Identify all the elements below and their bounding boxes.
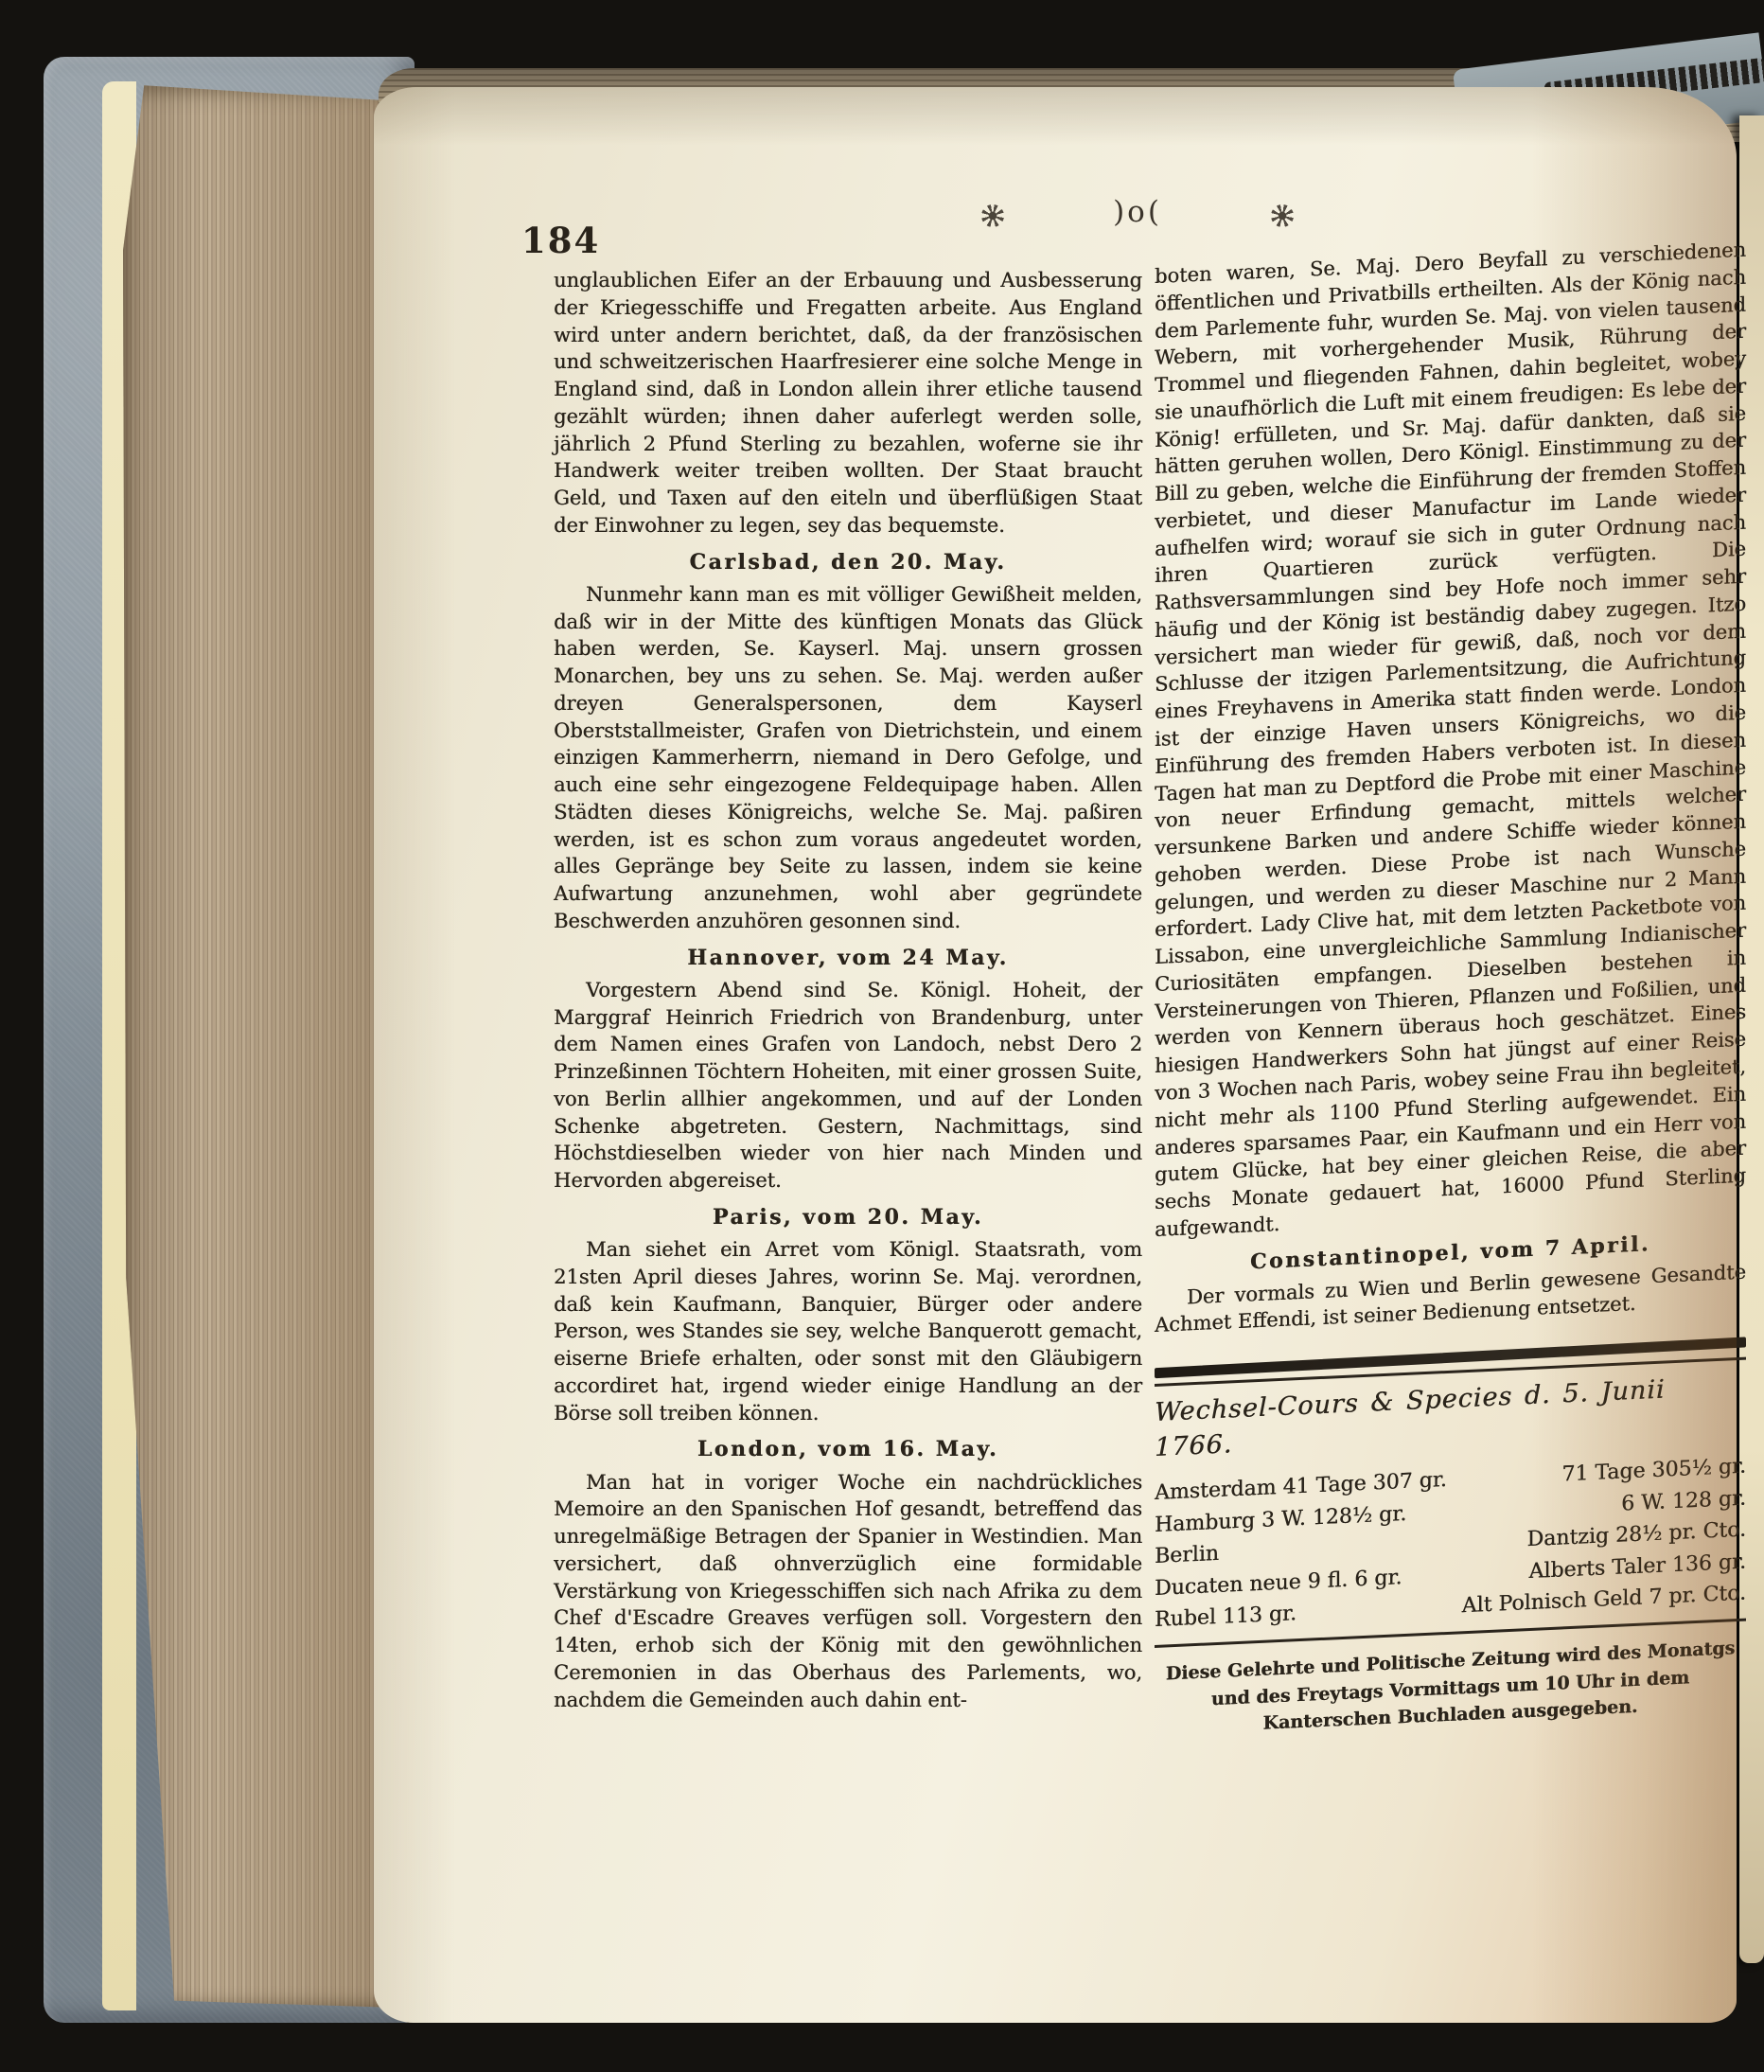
column-right: boten waren, Se. Maj. Dero Beyfall zu ve…: [1155, 237, 1746, 1743]
exchange-cell: Rubel 113 gr.: [1155, 1598, 1297, 1636]
section-heading: London, vom 16. May.: [554, 1435, 1142, 1463]
body-paragraph: Man hat in voriger Woche ein nachdrückli…: [554, 1469, 1142, 1714]
body-paragraph: Nunmehr kann man es mit völliger Gewißhe…: [554, 581, 1142, 935]
body-paragraph: Man siehet ein Arret vom Königl. Staatsr…: [554, 1236, 1142, 1426]
book-photo: 184 )o( unglaublichen Eifer an der Erbau…: [0, 0, 1764, 2072]
rosette-icon: [1271, 204, 1294, 227]
header-ornaments: )o(: [981, 199, 1294, 233]
section-heading: Carlsbad, den 20. May.: [554, 548, 1142, 576]
colophon: Diese Gelehrte und Politische Zeitung wi…: [1155, 1635, 1746, 1743]
book-page: 184 )o( unglaublichen Eifer an der Erbau…: [374, 87, 1737, 2023]
column-left: unglaublichen Eifer an der Erbauung und …: [554, 267, 1142, 1715]
body-paragraph: unglaublichen Eifer an der Erbauung und …: [554, 267, 1142, 540]
signature-mark: )o(: [1113, 195, 1162, 229]
section-heading: Hannover, vom 24 May.: [554, 944, 1142, 972]
body-paragraph: Vorgestern Abend sind Se. Königl. Hoheit…: [554, 977, 1142, 1195]
exchange-title: Wechsel-Cours & Species d. 5. Junii 1766…: [1155, 1370, 1746, 1466]
section-heading: Paris, vom 20. May.: [554, 1203, 1142, 1231]
rosette-icon: [981, 204, 1004, 227]
exchange-cell: Berlin: [1155, 1538, 1219, 1573]
body-paragraph: boten waren, Se. Maj. Dero Beyfall zu ve…: [1155, 237, 1746, 1244]
page-number: 184: [521, 220, 600, 261]
